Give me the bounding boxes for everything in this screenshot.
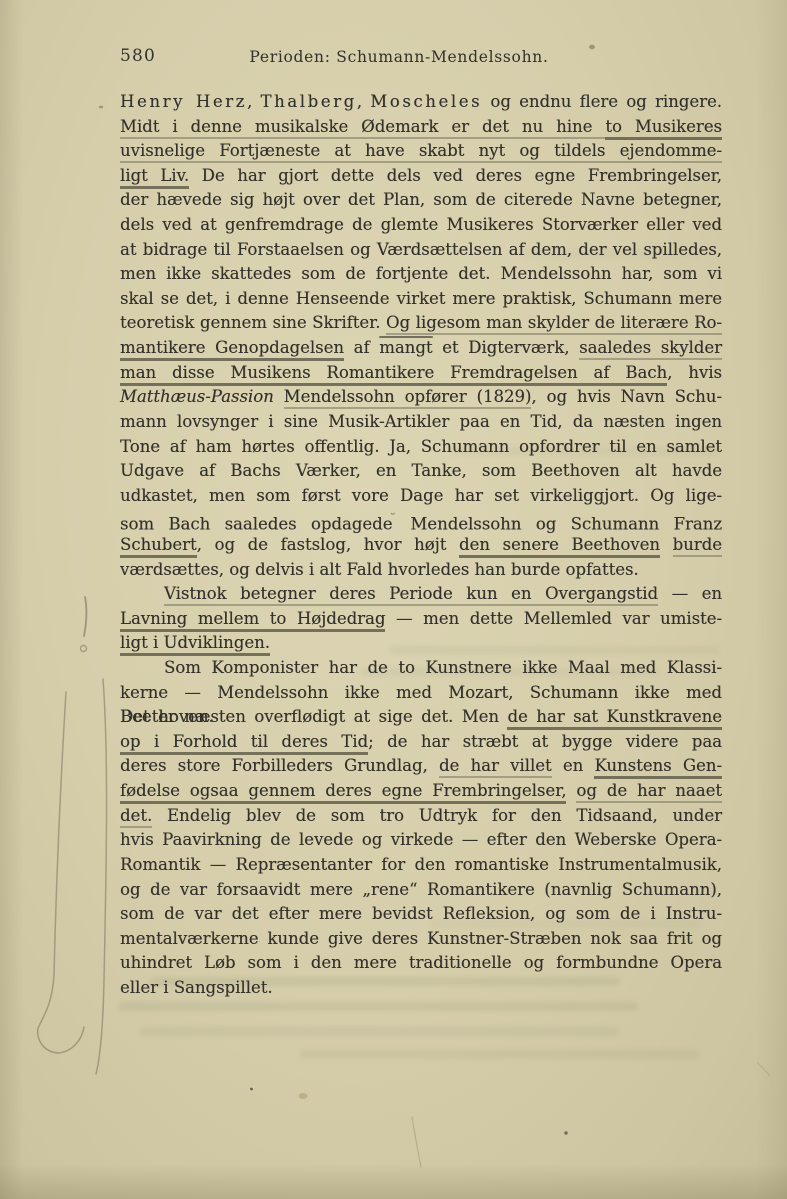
bleed-through-text <box>140 1027 620 1036</box>
ink-speck <box>564 1131 567 1134</box>
ink-speck <box>250 1088 253 1091</box>
text-line: Schubert, og de fastslog, hvor højt den … <box>120 533 722 558</box>
text-line: Henry Herz, Thalberg, Moscheles og endnu… <box>120 90 722 115</box>
text-line: som de var det efter mere bevidst Reflek… <box>120 902 722 927</box>
text-line: eller i Sangspillet. <box>120 976 722 1001</box>
bleed-through-text <box>300 1050 700 1059</box>
diagonal-stroke <box>412 1117 421 1167</box>
scratch-mark <box>757 1062 770 1076</box>
text-line: man disse Musikens Romantikere Fremdrage… <box>120 361 722 386</box>
text-line: som Bach saaledes opdagede˘ Mendelssohn … <box>120 508 722 533</box>
text-line: værdsættes, og delvis i alt Fald hvorled… <box>120 558 722 583</box>
text-line: Matthæus-Passion Mendelssohn opfører (18… <box>120 385 722 410</box>
text-line: mentalværkerne kunde give deres Kunstner… <box>120 927 722 952</box>
text-line: mantikere Genopdagelsen af mangt et Digt… <box>120 336 722 361</box>
text-line: men ikke skattedes som de fortjente det.… <box>120 262 722 287</box>
text-line: Lavning mellem to Højdedrag — men dette … <box>120 607 722 632</box>
text-line: der hævede sig højt over det Plan, som d… <box>120 188 722 213</box>
text-line: udkastet, men som først vore Dage har se… <box>120 484 722 509</box>
running-title: Perioden: Schumann-Mendelssohn. <box>120 48 722 66</box>
vertical-line <box>96 679 107 1074</box>
text-line: hvis Paavirkning de levede og virkede — … <box>120 828 722 853</box>
text-line: uvisnelige Fortjæneste at have skabt nyt… <box>120 139 722 164</box>
ink-smudge <box>299 1093 308 1099</box>
text-line: Det er næsten overflødigt at sige det. M… <box>120 705 722 730</box>
text-line: at bidrage til Forstaaelsen og Værdsætte… <box>120 238 722 263</box>
text-line: op i Forhold til deres Tid; de har stræb… <box>120 730 722 755</box>
page-header: 580 Perioden: Schumann-Mendelssohn. <box>120 46 722 70</box>
text-line: og de var forsaavidt mere „rene“ Romanti… <box>120 878 722 903</box>
book-page-scan: 580 Perioden: Schumann-Mendelssohn. Henr… <box>0 0 787 1199</box>
text-line: Tone af ham hørtes offentlig. Ja, Schuma… <box>120 435 722 460</box>
text-line: mann lovsynger i sine Musik-Artikler paa… <box>120 410 722 435</box>
text-line: kerne — Mendelssohn ikke med Mozart, Sch… <box>120 681 722 706</box>
text-line: Romantik — Repræsentanter for den romant… <box>120 853 722 878</box>
page-body: Henry Herz, Thalberg, Moscheles og endnu… <box>120 90 722 1001</box>
exclamation-mark <box>84 597 86 636</box>
text-line: Midt i denne musikalske Ødemark er det n… <box>120 115 722 140</box>
text-line: skal se det, i denne Henseende virket me… <box>120 287 722 312</box>
small-circle <box>81 646 87 652</box>
text-line: Vistnok betegner deres Periode kun en Ov… <box>120 582 722 607</box>
text-line: teoretisk gennem sine Skrifter. Og liges… <box>120 311 722 336</box>
text-line: ligt i Udviklingen. <box>120 631 722 656</box>
bleed-through-text <box>118 1002 638 1011</box>
text-line: Udgave af Bachs Værker, en Tanke, som Be… <box>120 459 722 484</box>
text-line: det. Endelig blev de som tro Udtryk for … <box>120 804 722 829</box>
text-line: Som Komponister har de to Kunstnere ikke… <box>120 656 722 681</box>
text-line: deres store Forbilleders Grundlag, de ha… <box>120 754 722 779</box>
pencil-dot <box>99 106 103 109</box>
vertical-line-hooked <box>38 692 84 1053</box>
text-line: uhindret Løb som i den mere traditionell… <box>120 951 722 976</box>
text-line: dels ved at genfremdrage de glemte Musik… <box>120 213 722 238</box>
text-line: ligt Liv. De har gjort dette dels ved de… <box>120 164 722 189</box>
text-line: fødelse ogsaa gennem deres egne Frembrin… <box>120 779 722 804</box>
